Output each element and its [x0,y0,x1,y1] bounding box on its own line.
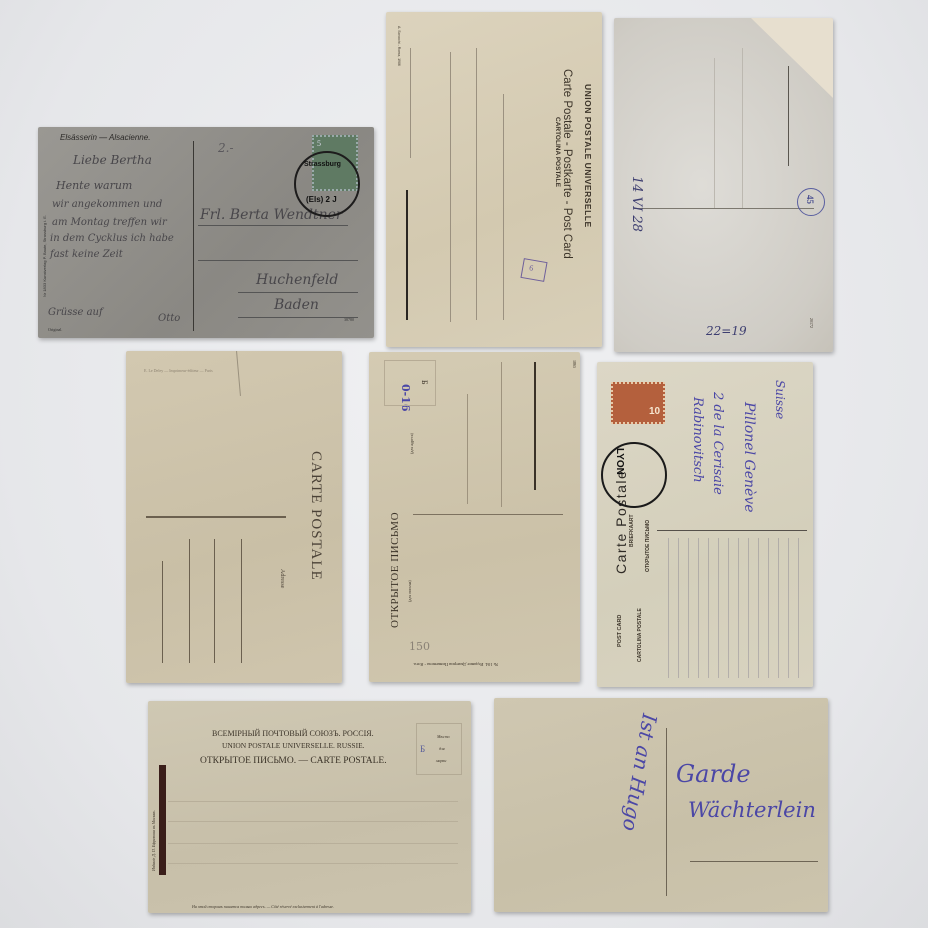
footer-note: На этой сторонѣ пишется только адресъ. —… [192,904,334,909]
handwriting-line: Grüsse auf [48,307,103,318]
address-line [476,48,477,320]
address-line [241,539,242,663]
address-line [501,362,502,507]
postcard-worn: 14 VI 28 22=19 45 20172 [614,18,833,352]
postmark-town: LYON [614,448,625,475]
address-line: Rabinovitsch [690,397,705,483]
divider [666,728,667,896]
top-print: E. Le Deley — Imprimeur-éditeur — Paris [144,368,213,373]
handwriting-line: Hente warum [56,179,132,192]
address-label: Adresse [279,569,285,588]
handwriting-line: am Montag treffen wir [52,217,167,228]
heading-french: UNION POSTALE UNIVERSELLE. RUSSIE. [222,741,365,750]
label-left: (для письма) [407,580,412,602]
address-line [690,861,818,862]
handwritten-message-area [659,538,799,678]
label-right: (для адреса) [409,433,414,454]
divider [413,514,563,515]
address-line [467,394,468,504]
side-print: Изданіе Д. П. Ефремова въ Москвѣ. [151,810,156,871]
card-heading: UNION POSTALE UNIVERSELLE [583,84,593,228]
stamp-mark: Б [420,744,425,754]
address-line [450,52,451,322]
handwriting-signature: Otto [158,313,180,324]
card-title: ОТКРЫТОЕ ПИСЬМО [389,512,401,628]
side-number: 20172 [809,318,814,328]
address-line [189,539,190,663]
card-title: ОТКРЫТОЕ ПИСЬМО. — CARTE POSTALE. [200,756,387,766]
address-line [168,821,458,822]
address-line: Wächterlein [688,798,816,822]
pencil-note-left: 14 VI 28 [629,176,644,232]
postcard-lyon: Carte Postale POST CARD BRIEFKAART CARTO… [597,362,813,687]
postmark-text: (Els) 2 J [306,195,337,204]
stamp-box-label: марки [436,758,446,763]
address-line [742,48,743,208]
heading-russian: ВСЕМІРНЫЙ ПОЧТОВЫЙ СОЮЗЪ. РОССІЯ. [212,729,374,738]
side-print: A. Scrocchi - Roma, 1906 [397,26,401,66]
divider [657,530,807,531]
publisher-line: № 104. Издание Дмитрия Пинкевича - Ялта. [413,662,498,667]
address-line [198,260,358,261]
language-line: POST CARD [617,615,623,647]
address-line [410,48,411,158]
address-line [788,66,789,166]
stamp-box: Б Мѣсто для марки [416,723,462,775]
handwriting-line: fast keine Zeit [50,249,123,260]
card-title: CARTE POSTALE [307,451,324,581]
postcard-carte-postale: E. Le Deley — Imprimeur-éditeur — Paris … [126,351,342,683]
pencil-note-bottom: 22=19 [706,324,747,338]
divider [193,141,194,331]
address-line [214,539,215,663]
address-line [162,561,163,663]
dark-edge-bar [159,765,166,875]
round-stamp: 45 [797,188,825,216]
address-town: Huchenfeld [256,272,338,288]
postmark: LYON [601,442,667,508]
address-line [198,225,348,226]
footer-left: Original. [48,327,62,332]
postcard-otkrytoe-pismo: ОТКРЫТОЕ ПИСЬМО (для письма) (для адреса… [369,352,580,682]
purple-box-stamp: 6 [520,258,547,282]
address-line: Pillonel Genève [741,402,757,512]
address-line [406,190,408,320]
publisher-line: Nr 1833 Kunstverlag P. Baute, Strassburg… [42,215,47,297]
handwriting-vertical: Ist an Hugo [618,712,662,833]
stamp-value: 5 [317,139,321,148]
postcard-caption: Elsässerin — Alsacienne. [60,133,150,142]
postcard-russia-union: ВСЕМІРНЫЙ ПОЧТОВЫЙ СОЮЗЪ. РОССІЯ. UNION … [148,701,471,913]
language-line: ОТКРЫТОЕ ПИСЬМО [645,520,651,572]
purple-stamp-mark: 6 [529,263,535,273]
corner-note: 2.- [218,141,234,155]
address-line [503,94,504,320]
pencil-note: 150 [409,640,430,653]
address-line [714,58,715,208]
postcard-alsace: Elsässerin — Alsacienne. Nr 1833 Kunstve… [38,127,374,338]
postmark: Strassburg (Els) 2 J [294,151,360,217]
address-line [238,317,358,318]
postage-stamp: 10 [611,382,665,424]
language-line: CARTOLINA POSTALE [637,608,643,662]
stamp-box-label: Мѣсто [437,734,450,739]
handwriting-line: Liebe Bertha [73,153,152,167]
stamp-value: 10 [649,406,660,417]
postcard-garde: Ist an Hugo Garde Wächterlein [494,698,828,912]
divider [146,516,286,518]
handwriting-line: in dem Cycklus ich habe [50,233,174,244]
address-line: Suisse [773,380,787,419]
torn-corner [751,18,833,98]
stamp-box-outline [384,360,436,406]
round-stamp-number: 45 [805,195,815,204]
address-line: Garde [676,760,751,788]
address-line [238,292,358,293]
postmark-town: Strassburg [304,161,341,168]
print-number: 1865 [572,360,577,368]
address-line [168,863,458,864]
handwriting-line: wir angekommen und [52,199,162,210]
divider [634,208,814,209]
address-line [534,362,536,490]
stamp-box-label: для [439,746,445,751]
address-line [168,801,458,802]
address-line: 2 de la Cerisaie [710,392,725,495]
address-line [168,843,458,844]
card-title: Carte Postale - Postkarte - Post Card [561,69,573,259]
postcard-union-postale: UNION POSTALE UNIVERSELLE Carte Postale … [386,12,602,347]
address-region: Baden [274,297,319,313]
language-line: BRIEFKAART [629,515,635,548]
card-subtitle: CARTOLINA POSTALE [554,117,561,187]
crease [236,351,241,396]
